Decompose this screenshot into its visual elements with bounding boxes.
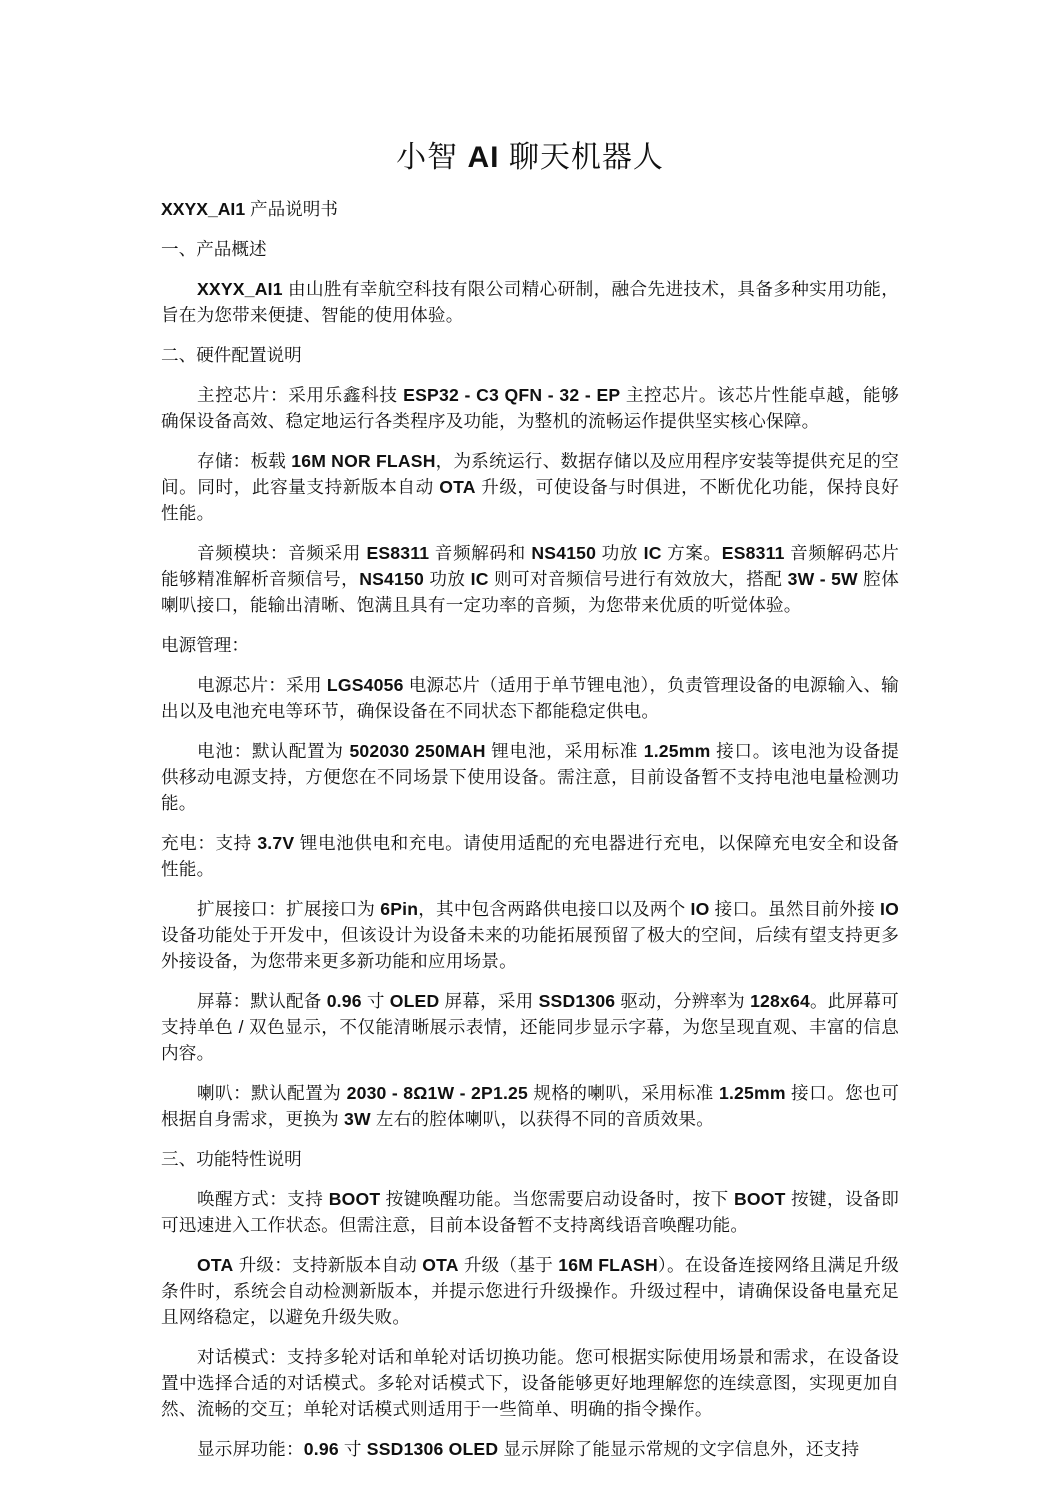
bold-term: XXYX_AI1 xyxy=(197,279,283,299)
bold-term: 1.25mm xyxy=(644,741,711,761)
bold-term: OTA xyxy=(197,1255,233,1275)
title-suffix: 聊天机器人 xyxy=(500,141,664,174)
bold-term: 0.96 xyxy=(327,991,362,1011)
paragraph-expansion: 扩展接口：扩展接口为 6Pin，其中包含两路供电接口以及两个 IO 接口。虽然目… xyxy=(161,896,899,974)
bold-term: 16M NOR FLASH xyxy=(291,451,435,471)
bold-term: 6Pin xyxy=(380,899,418,919)
title-prefix: 小智 xyxy=(396,141,467,174)
bold-term: LGS4056 xyxy=(327,675,404,695)
paragraph-ota: OTA 升级：支持新版本自动 OTA 升级（基于 16M FLASH）。在设备连… xyxy=(161,1252,899,1330)
bold-term: BOOT xyxy=(734,1189,786,1209)
paragraph-screen: 屏幕：默认配备 0.96 寸 OLED 屏幕，采用 SSD1306 驱动，分辨率… xyxy=(161,988,899,1066)
section-heading-hardware: 二、硬件配置说明 xyxy=(161,342,899,368)
bold-term: OLED xyxy=(390,991,440,1011)
paragraph-display: 显示屏功能：0.96 寸 SSD1306 OLED 显示屏除了能显示常规的文字信… xyxy=(161,1436,899,1462)
bold-term: OTA xyxy=(422,1255,458,1275)
bold-term: 3W - 5W xyxy=(788,569,858,589)
document-content: 小智 AI 聊天机器人 XXYX_AI1 产品说明书 一、产品概述 XXYX_A… xyxy=(161,138,899,1476)
bold-term: ES8311 xyxy=(366,543,429,563)
bold-term: SSD1306 xyxy=(539,991,616,1011)
bold-term: IO xyxy=(880,899,899,919)
paragraph-charging: 充电：支持 3.7V 锂电池供电和充电。请使用适配的充电器进行充电，以保障充电安… xyxy=(161,830,899,882)
bold-term: IC xyxy=(471,569,489,589)
paragraph-power-chip: 电源芯片：采用 LGS4056 电源芯片（适用于单节锂电池），负责管理设备的电源… xyxy=(161,672,899,724)
paragraph-audio: 音频模块：音频采用 ES8311 音频解码和 NS4150 功放 IC 方案。E… xyxy=(161,540,899,618)
bold-term: NS4150 xyxy=(531,543,596,563)
bold-term: IC xyxy=(644,543,662,563)
bold-term: 128x64 xyxy=(750,991,810,1011)
paragraph-overview: XXYX_AI1 由山胜有幸航空科技有限公司精心研制，融合先进技术，具备多种实用… xyxy=(161,276,899,328)
paragraph-storage: 存储：板载 16M NOR FLASH，为系统运行、数据存储以及应用程序安装等提… xyxy=(161,448,899,526)
bold-term: OTA xyxy=(439,477,475,497)
product-model: XXYX_AI1 xyxy=(161,199,245,219)
bold-term: IO xyxy=(691,899,710,919)
section-heading-features: 三、功能特性说明 xyxy=(161,1146,899,1172)
section-heading-power: 电源管理： xyxy=(161,632,899,658)
document-page: 小智 AI 聊天机器人 XXYX_AI1 产品说明书 一、产品概述 XXYX_A… xyxy=(0,0,1060,1499)
document-subtitle: XXYX_AI1 产品说明书 xyxy=(161,196,899,222)
section-heading-overview: 一、产品概述 xyxy=(161,236,899,262)
bold-term: NS4150 xyxy=(359,569,424,589)
bold-term: 502030 250MAH xyxy=(349,741,485,761)
bold-term: 0.96 xyxy=(304,1439,339,1459)
subtitle-text: 产品说明书 xyxy=(245,199,338,219)
bold-term: ESP32 - C3 QFN - 32 - EP xyxy=(403,385,620,405)
bold-term: 16M FLASH xyxy=(558,1255,658,1275)
bold-term: 3.7V xyxy=(257,833,294,853)
paragraph-wake: 唤醒方式：支持 BOOT 按键唤醒功能。当您需要启动设备时，按下 BOOT 按键… xyxy=(161,1186,899,1238)
paragraph-speaker: 喇叭：默认配置为 2030 - 8Ω1W - 2P1.25 规格的喇叭，采用标准… xyxy=(161,1080,899,1132)
bold-term: 1.25mm xyxy=(719,1083,786,1103)
bold-term: 2030 - 8Ω1W - 2P1.25 xyxy=(347,1083,528,1103)
bold-term: SSD1306 OLED xyxy=(367,1439,498,1459)
paragraph-dialog: 对话模式：支持多轮对话和单轮对话切换功能。您可根据实际使用场景和需求，在设备设置… xyxy=(161,1344,899,1422)
paragraph-battery: 电池：默认配置为 502030 250MAH 锂电池，采用标准 1.25mm 接… xyxy=(161,738,899,816)
bold-term: ES8311 xyxy=(722,543,785,563)
bold-term: 3W xyxy=(344,1109,371,1129)
bold-term: BOOT xyxy=(329,1189,381,1209)
paragraph-mcu: 主控芯片：采用乐鑫科技 ESP32 - C3 QFN - 32 - EP 主控芯… xyxy=(161,382,899,434)
title-ai: AI xyxy=(468,141,500,174)
document-title: 小智 AI 聊天机器人 xyxy=(161,138,899,178)
